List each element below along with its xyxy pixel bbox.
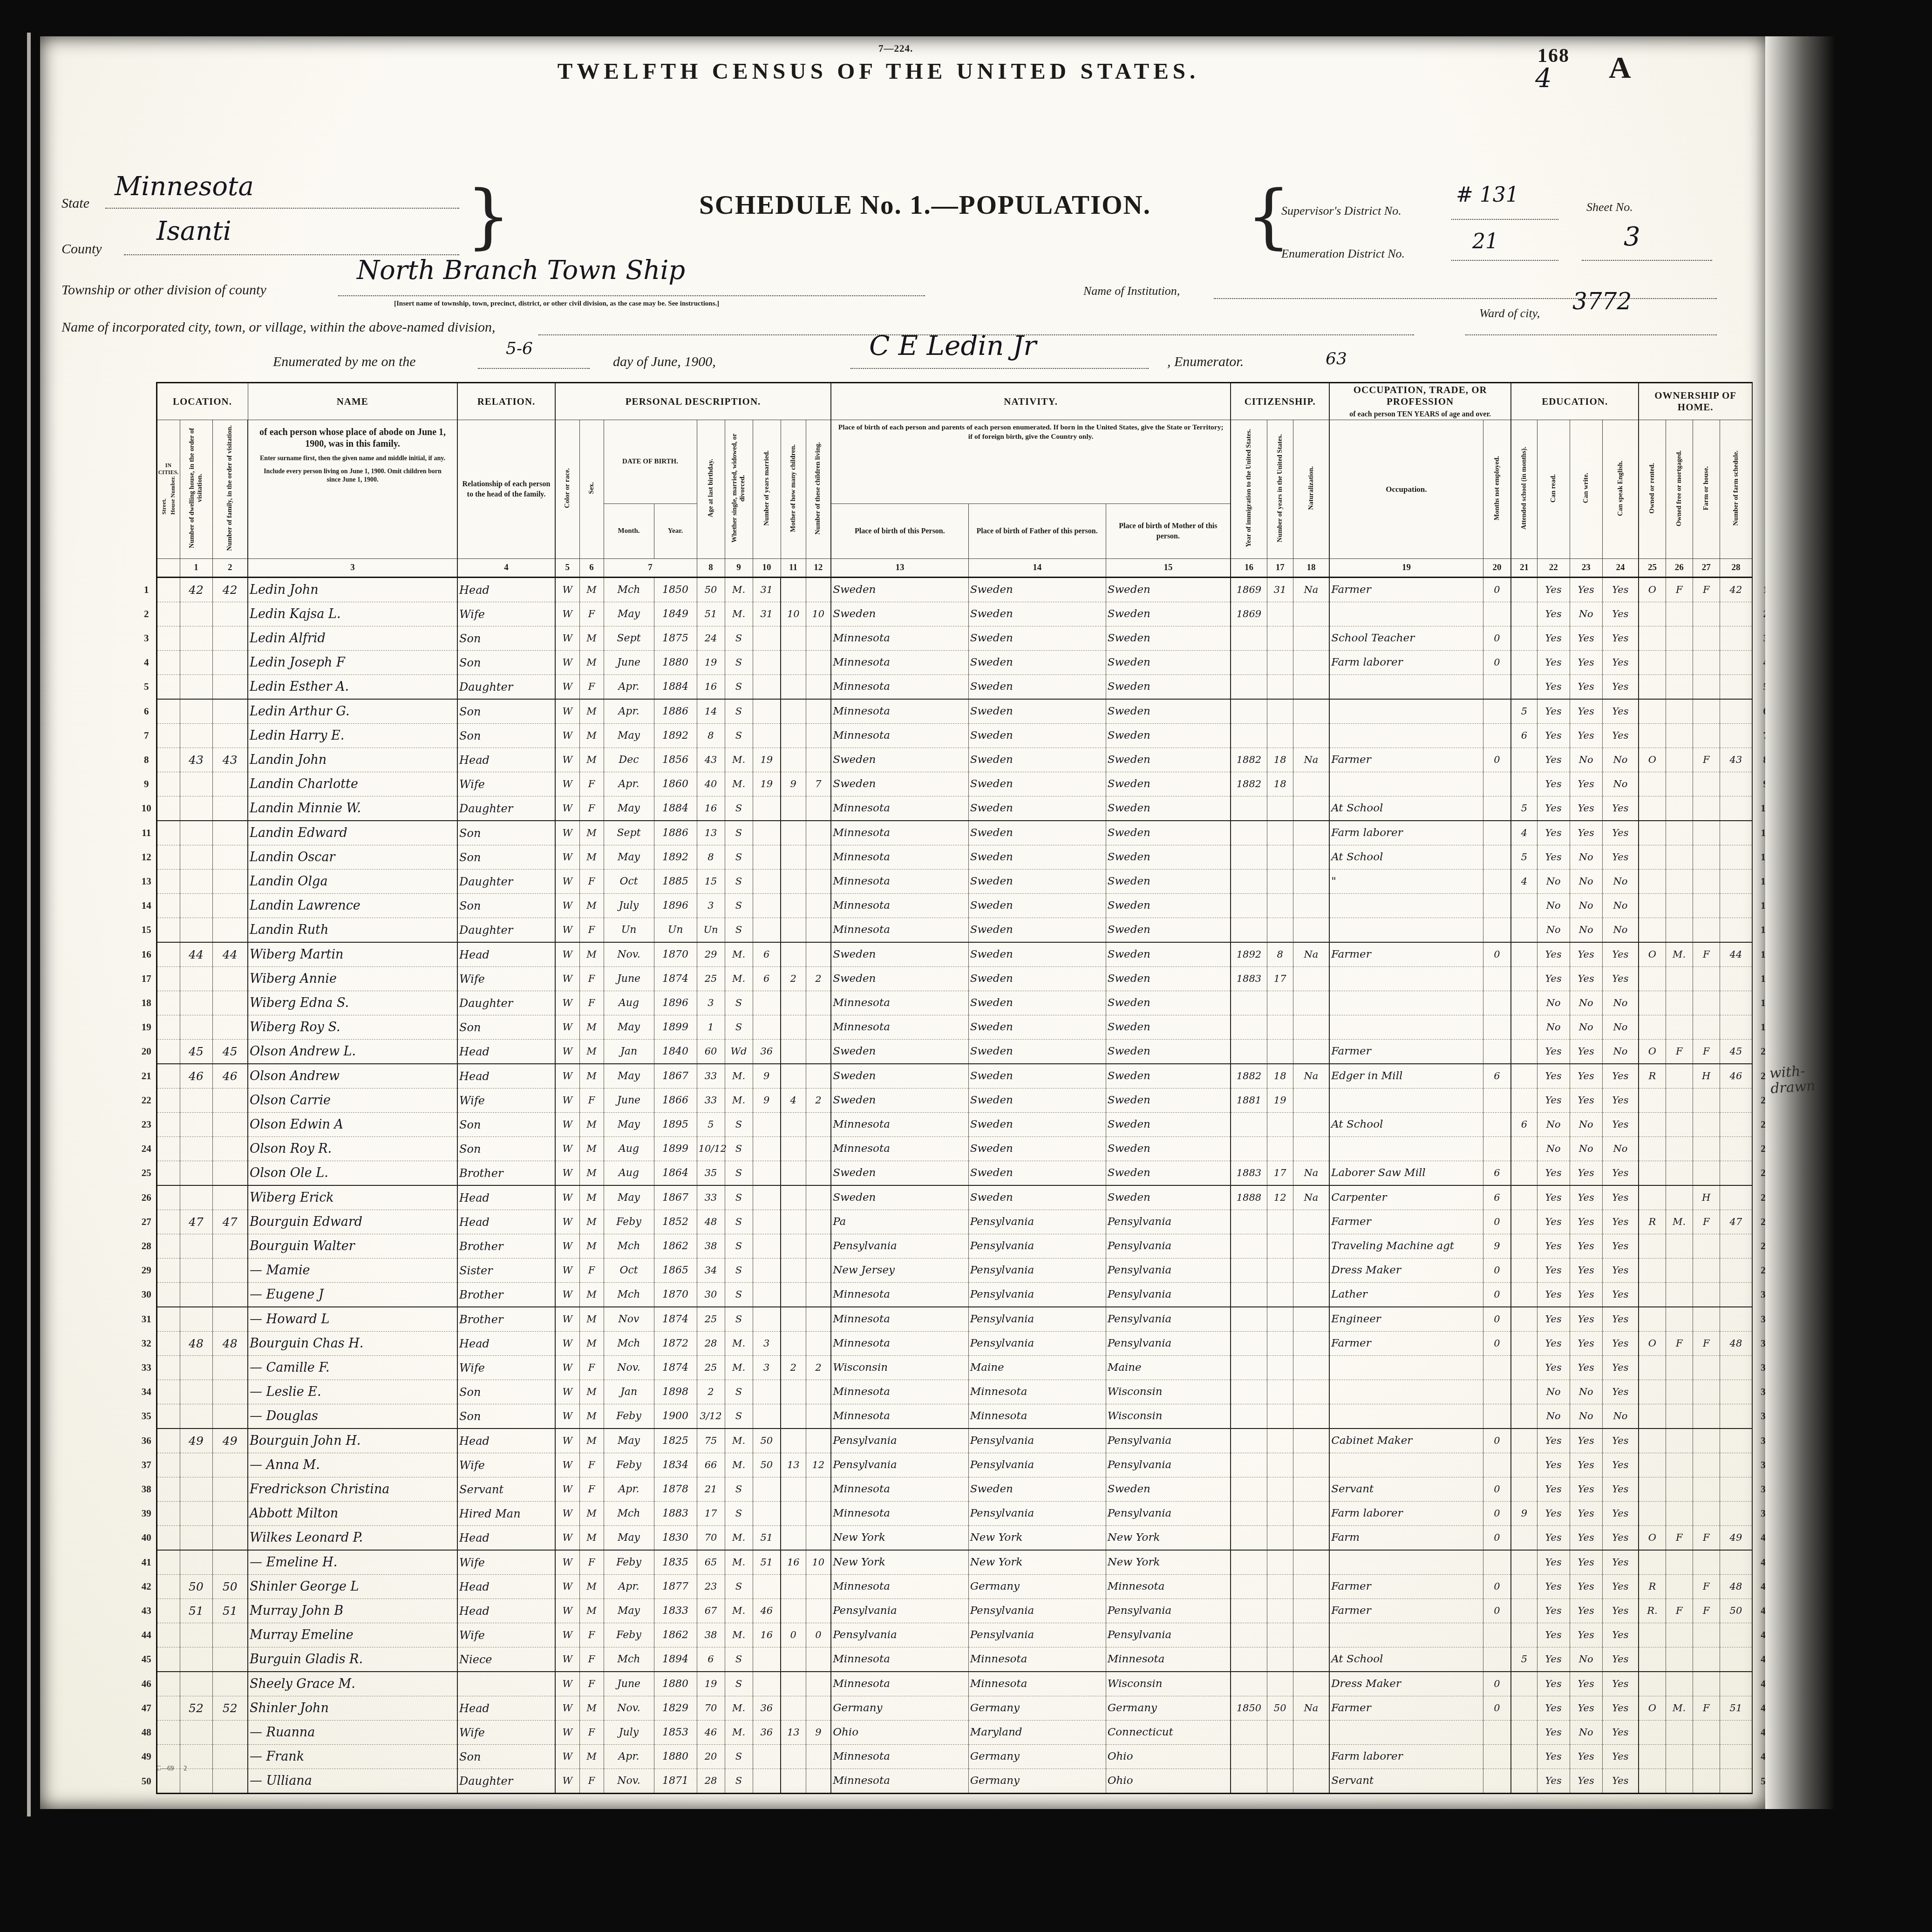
row-number: 40 xyxy=(137,1526,156,1551)
cell xyxy=(1483,1623,1511,1647)
section-education: EDUCATION. xyxy=(1511,383,1639,420)
cell xyxy=(1267,1113,1293,1137)
cell: Bourguin Edward xyxy=(248,1210,457,1234)
cell: 3 xyxy=(697,991,725,1015)
cell: — Douglas xyxy=(248,1404,457,1429)
cell: W xyxy=(555,724,579,748)
cell: 1856 xyxy=(654,748,697,772)
cell: 1884 xyxy=(654,796,697,821)
cell xyxy=(1639,1088,1666,1113)
cell xyxy=(1511,772,1537,796)
cell: 0 xyxy=(1483,1210,1511,1234)
cell: Yes xyxy=(1570,1259,1602,1283)
cell: Pensylvania xyxy=(1106,1623,1231,1647)
cell: Minnesota xyxy=(831,918,968,943)
cell: M. xyxy=(725,1064,753,1088)
cell xyxy=(1267,1015,1293,1040)
cell xyxy=(1720,870,1752,894)
cell: Mch xyxy=(604,1502,654,1526)
section-relation: RELATION. xyxy=(457,383,555,420)
cell: 17 xyxy=(1267,967,1293,991)
cell xyxy=(1483,967,1511,991)
cell: Yes xyxy=(1570,1185,1602,1210)
cell xyxy=(212,724,248,748)
cell: 14 xyxy=(697,699,725,724)
row-number: 1 xyxy=(137,578,156,602)
cell xyxy=(1693,1088,1720,1113)
colnum: 11 xyxy=(781,559,806,578)
cell xyxy=(781,1769,806,1794)
cell xyxy=(1639,894,1666,918)
cell xyxy=(1639,1380,1666,1404)
cell xyxy=(1693,1307,1720,1332)
cell: Pensylvania xyxy=(831,1453,968,1477)
cell: Son xyxy=(457,845,555,870)
cell xyxy=(1693,1161,1720,1186)
census-table-wrap: LOCATION. NAME RELATION. PERSONAL DESCRI… xyxy=(137,382,1778,1794)
cell: M xyxy=(579,651,604,675)
cell: Ohio xyxy=(1106,1769,1231,1794)
cell xyxy=(1267,1550,1293,1575)
cell xyxy=(156,1429,180,1453)
cell: No xyxy=(1537,894,1570,918)
cell: 48 xyxy=(180,1332,212,1356)
cell: Wife xyxy=(457,1623,555,1647)
cell: Wife xyxy=(457,602,555,626)
cell xyxy=(1511,1526,1537,1551)
table-row: 214646Olson AndrewHeadWMMay186733M.9Swed… xyxy=(137,1064,1778,1088)
cell: F xyxy=(579,991,604,1015)
cell: Sweden xyxy=(1106,1088,1231,1113)
colnum: 15 xyxy=(1106,559,1231,578)
cell xyxy=(1267,870,1293,894)
cell xyxy=(1666,796,1693,821)
cell: F xyxy=(579,1477,604,1502)
table-row: 435151Murray John BHeadWMMay183367M.46Pe… xyxy=(137,1599,1778,1623)
table-row: 26Wiberg ErickHeadWMMay186733SSwedenSwed… xyxy=(137,1185,1778,1210)
cell: M. xyxy=(1666,1696,1693,1721)
colnum: 24 xyxy=(1602,559,1639,578)
cell xyxy=(212,870,248,894)
cell: Yes xyxy=(1602,724,1639,748)
cell: F xyxy=(1693,942,1720,967)
cell xyxy=(806,1575,831,1599)
cell: Yes xyxy=(1537,772,1570,796)
cell xyxy=(1293,1429,1329,1453)
cell: Yes xyxy=(1602,699,1639,724)
cell: Head xyxy=(457,578,555,602)
cell: W xyxy=(555,1599,579,1623)
cell xyxy=(1639,1721,1666,1745)
cell xyxy=(753,918,781,943)
cell: M. xyxy=(725,1526,753,1551)
cell xyxy=(781,1185,806,1210)
cell: Sweden xyxy=(1106,870,1231,894)
cell xyxy=(180,1404,212,1429)
row-number: 18 xyxy=(137,991,156,1015)
cell: At School xyxy=(1329,1113,1483,1137)
row-number: 16 xyxy=(137,942,156,967)
cell: Pensylvania xyxy=(1106,1453,1231,1477)
cell xyxy=(1267,626,1293,651)
cell xyxy=(753,1015,781,1040)
cell: 30 xyxy=(697,1283,725,1307)
sheet-number-handwritten: 4 xyxy=(1535,63,1552,94)
cell: Daughter xyxy=(457,675,555,700)
cell: F xyxy=(579,1769,604,1794)
cell: M xyxy=(579,578,604,602)
cell: S xyxy=(725,1647,753,1672)
cell xyxy=(1483,675,1511,700)
cell xyxy=(1666,1185,1693,1210)
cell: Minnesota xyxy=(831,1015,968,1040)
cell xyxy=(1639,626,1666,651)
cell xyxy=(156,1040,180,1064)
cell: 52 xyxy=(180,1696,212,1721)
col-pob-mother: Place of birth of Mother of this person. xyxy=(1106,504,1231,559)
cell xyxy=(1483,772,1511,796)
cell xyxy=(1267,1745,1293,1769)
ward-label: Ward of city, xyxy=(1479,306,1540,320)
cell xyxy=(1293,1040,1329,1064)
cell: Na xyxy=(1293,748,1329,772)
cell: May xyxy=(604,1185,654,1210)
cell: S xyxy=(725,724,753,748)
cell xyxy=(156,1015,180,1040)
cell: Yes xyxy=(1602,578,1639,602)
cell: Sweden xyxy=(831,1088,968,1113)
cell: — Eugene J xyxy=(248,1283,457,1307)
cell xyxy=(1693,870,1720,894)
cell: 6 xyxy=(1483,1161,1511,1186)
cell xyxy=(212,1769,248,1794)
table-row: 15Landin RuthDaughterWFUnUnUnSMinnesotaS… xyxy=(137,918,1778,943)
cell: Minnesota xyxy=(831,1672,968,1696)
cell: Landin Lawrence xyxy=(248,894,457,918)
cell xyxy=(1666,602,1693,626)
cell: Pensylvania xyxy=(1106,1502,1231,1526)
cell: Wd xyxy=(725,1040,753,1064)
cell: Yes xyxy=(1537,1356,1570,1380)
cell xyxy=(156,1113,180,1137)
cell: S xyxy=(725,1502,753,1526)
cell: Yes xyxy=(1602,1502,1639,1526)
cell: W xyxy=(555,1137,579,1161)
cell: Pensylvania xyxy=(968,1283,1106,1307)
cell: W xyxy=(555,1234,579,1259)
col-can-read: Can read. xyxy=(1537,420,1570,559)
row-number: 43 xyxy=(137,1599,156,1623)
cell xyxy=(1329,1088,1483,1113)
cell: Yes xyxy=(1602,1550,1639,1575)
row-number: 25 xyxy=(137,1161,156,1186)
cell: 70 xyxy=(697,1526,725,1551)
colnum: 16 xyxy=(1231,559,1267,578)
cell: S xyxy=(725,1137,753,1161)
cell: 16 xyxy=(697,675,725,700)
cell: Aug xyxy=(604,1137,654,1161)
cell xyxy=(1329,1380,1483,1404)
cell xyxy=(806,1015,831,1040)
cell: Yes xyxy=(1537,1185,1570,1210)
cell xyxy=(1666,1623,1693,1647)
table-row: 164444Wiberg MartinHeadWMNov.187029M.6Sw… xyxy=(137,942,1778,967)
cell xyxy=(1639,724,1666,748)
cell: Sweden xyxy=(968,1040,1106,1064)
cell: No xyxy=(1537,1380,1570,1404)
cell xyxy=(1267,1307,1293,1332)
cell xyxy=(156,1721,180,1745)
cell: Sweden xyxy=(831,602,968,626)
cell xyxy=(1693,651,1720,675)
cell: 1869 xyxy=(1231,602,1267,626)
cell xyxy=(806,1477,831,1502)
cell: M. xyxy=(725,1453,753,1477)
cell: 4 xyxy=(781,1088,806,1113)
cell: Pensylvania xyxy=(1106,1210,1231,1234)
cell xyxy=(1267,1404,1293,1429)
cell xyxy=(1511,1769,1537,1794)
sheet-no-value: 3 xyxy=(1624,222,1640,252)
enumerator-signature: C E Ledin Jr xyxy=(869,330,1036,361)
table-row: 22Olson CarrieWifeWFJune186633M.942Swede… xyxy=(137,1088,1778,1113)
scanned-census-page: 7—224. TWELFTH CENSUS OF THE UNITED STAT… xyxy=(0,0,1932,1932)
cell xyxy=(1483,1040,1511,1064)
cell: Yes xyxy=(1537,1696,1570,1721)
cell: W xyxy=(555,991,579,1015)
cell: 1880 xyxy=(654,1672,697,1696)
cell xyxy=(1267,1283,1293,1307)
cell xyxy=(212,1161,248,1186)
table-row: 28Bourguin WalterBrotherWMMch186238SPens… xyxy=(137,1234,1778,1259)
cell: Sweden xyxy=(831,1064,968,1088)
cell xyxy=(1231,1283,1267,1307)
cell xyxy=(1720,1185,1752,1210)
cell: Daughter xyxy=(457,870,555,894)
cell: Ledin Harry E. xyxy=(248,724,457,748)
table-row: 13Landin OlgaDaughterWFOct188515SMinneso… xyxy=(137,870,1778,894)
cell: Sweden xyxy=(831,748,968,772)
cell: M. xyxy=(725,1721,753,1745)
col-occupation: Occupation. xyxy=(1329,420,1483,559)
cell xyxy=(180,1721,212,1745)
cell xyxy=(806,1161,831,1186)
cell: Maryland xyxy=(968,1721,1106,1745)
cell xyxy=(1720,1113,1752,1137)
table-row: 475252Shinler JohnHeadWMNov.182970M.36Ge… xyxy=(137,1696,1778,1721)
cell: 13 xyxy=(781,1453,806,1477)
cell xyxy=(1511,1550,1537,1575)
cell xyxy=(156,1696,180,1721)
cell: Farmer xyxy=(1329,1696,1483,1721)
cell: 33 xyxy=(697,1064,725,1088)
cell xyxy=(1639,1307,1666,1332)
cell xyxy=(806,1040,831,1064)
cell: F xyxy=(579,967,604,991)
cell xyxy=(1666,626,1693,651)
cell xyxy=(806,626,831,651)
cell: Oct xyxy=(604,1259,654,1283)
cell: Yes xyxy=(1570,1477,1602,1502)
cell: Germany xyxy=(831,1696,968,1721)
cell: 1882 xyxy=(1231,772,1267,796)
cell xyxy=(1231,1769,1267,1794)
cell xyxy=(753,1380,781,1404)
cell xyxy=(781,1696,806,1721)
cell: W xyxy=(555,1647,579,1672)
cell xyxy=(1511,918,1537,943)
cell xyxy=(212,1623,248,1647)
cell: Niece xyxy=(457,1647,555,1672)
cell: F xyxy=(1693,1575,1720,1599)
cell: 10 xyxy=(806,1550,831,1575)
row-number: 33 xyxy=(137,1356,156,1380)
cell: Wisconsin xyxy=(1106,1404,1231,1429)
cell xyxy=(156,1404,180,1429)
enumerated-day: 5-6 xyxy=(506,339,533,358)
cell: W xyxy=(555,1040,579,1064)
cell: No xyxy=(1537,1015,1570,1040)
street-label: Street. xyxy=(161,498,167,515)
cell: F xyxy=(579,602,604,626)
cell: Yes xyxy=(1570,1623,1602,1647)
cell: 1850 xyxy=(654,578,697,602)
row-number: 20 xyxy=(137,1040,156,1064)
cell: 1870 xyxy=(654,1283,697,1307)
cell xyxy=(212,1137,248,1161)
cell: Yes xyxy=(1570,1283,1602,1307)
row-number: 32 xyxy=(137,1332,156,1356)
cell xyxy=(1720,651,1752,675)
cell: Yes xyxy=(1537,1453,1570,1477)
table-row: 9Landin CharlotteWifeWFApr.186040M.1997S… xyxy=(137,772,1778,796)
cell: No xyxy=(1602,1404,1639,1429)
cell xyxy=(212,1477,248,1502)
cell xyxy=(156,1137,180,1161)
cell xyxy=(1267,1259,1293,1283)
cell: Yes xyxy=(1570,651,1602,675)
cell: 1881 xyxy=(1231,1088,1267,1113)
row-number: 3 xyxy=(137,626,156,651)
cell: No xyxy=(1570,894,1602,918)
row-number: 4 xyxy=(137,651,156,675)
cell: 1864 xyxy=(654,1161,697,1186)
cell xyxy=(1720,894,1752,918)
cell: Yes xyxy=(1570,1696,1602,1721)
table-row: 19Wiberg Roy S.SonWMMay18991SMinnesotaSw… xyxy=(137,1015,1778,1040)
cell xyxy=(781,748,806,772)
cell: Son xyxy=(457,894,555,918)
cell: Minnesota xyxy=(831,1380,968,1404)
cell: 50 xyxy=(753,1453,781,1477)
cell: Yes xyxy=(1537,942,1570,967)
cell: F xyxy=(1693,578,1720,602)
cell xyxy=(156,626,180,651)
cell: S xyxy=(725,651,753,675)
cell: W xyxy=(555,1161,579,1186)
cell xyxy=(1231,1453,1267,1477)
cell xyxy=(1639,1769,1666,1794)
cell: Yes xyxy=(1570,1769,1602,1794)
cell: Yes xyxy=(1537,748,1570,772)
cell: Yes xyxy=(1537,699,1570,724)
cell xyxy=(180,1502,212,1526)
cell: No xyxy=(1570,1137,1602,1161)
cell: O xyxy=(1639,1040,1666,1064)
corner-left xyxy=(137,383,156,578)
cell: Daughter xyxy=(457,796,555,821)
cell: Pensylvania xyxy=(968,1429,1106,1453)
cell: M. xyxy=(1666,942,1693,967)
cell: Pensylvania xyxy=(831,1599,968,1623)
cell xyxy=(1693,1234,1720,1259)
cell xyxy=(1231,1647,1267,1672)
cell: 1867 xyxy=(654,1185,697,1210)
cell: 6 xyxy=(1511,724,1537,748)
cell: Wife xyxy=(457,772,555,796)
cell xyxy=(1293,1356,1329,1380)
colnum: 5 xyxy=(555,559,579,578)
cell: 19 xyxy=(697,651,725,675)
cell: No xyxy=(1570,1647,1602,1672)
cell: W xyxy=(555,1332,579,1356)
col-pob-father: Place of birth of Father of this person. xyxy=(968,504,1106,559)
cell xyxy=(1511,1137,1537,1161)
cell xyxy=(1267,1769,1293,1794)
table-row: 46Sheely Grace M.WFJune188019SMinnesotaM… xyxy=(137,1672,1778,1696)
cell xyxy=(1666,1380,1693,1404)
row-number: 7 xyxy=(137,724,156,748)
cell xyxy=(1666,1429,1693,1453)
cell: Apr. xyxy=(604,699,654,724)
cell: Yes xyxy=(1602,1599,1639,1623)
section-location: LOCATION. xyxy=(156,383,248,420)
cell: Wife xyxy=(457,1453,555,1477)
cell: Daughter xyxy=(457,991,555,1015)
cell: Sweden xyxy=(968,675,1106,700)
sheet-no-label: Sheet No. xyxy=(1586,200,1633,214)
cell xyxy=(781,1575,806,1599)
cell: Yes xyxy=(1537,1721,1570,1745)
cell: No xyxy=(1602,748,1639,772)
cell xyxy=(1666,1550,1693,1575)
cell: W xyxy=(555,845,579,870)
cell xyxy=(1483,1550,1511,1575)
cell xyxy=(1231,1477,1267,1502)
cell: M xyxy=(579,845,604,870)
page-title: TWELFTH CENSUS OF THE UNITED STATES. xyxy=(40,58,1717,84)
cell: New York xyxy=(831,1526,968,1551)
cell xyxy=(1693,1502,1720,1526)
cell xyxy=(781,1137,806,1161)
cell xyxy=(1329,991,1483,1015)
col-dob: DATE OF BIRTH. xyxy=(604,420,697,504)
cell: 10/12 xyxy=(697,1137,725,1161)
cell: 43 xyxy=(697,748,725,772)
cell xyxy=(753,1113,781,1137)
cell: Farm laborer xyxy=(1329,1502,1483,1526)
cell xyxy=(1329,724,1483,748)
table-row: 10Landin Minnie W.DaughterWFMay188416SMi… xyxy=(137,796,1778,821)
cell: Sweden xyxy=(1106,1113,1231,1137)
cell: Yes xyxy=(1537,626,1570,651)
cell: M xyxy=(579,1234,604,1259)
cell xyxy=(1639,772,1666,796)
cell: Bourguin Chas H. xyxy=(248,1332,457,1356)
cell: Minnesota xyxy=(831,1477,968,1502)
colnum: 22 xyxy=(1537,559,1570,578)
cell: Minnesota xyxy=(831,845,968,870)
